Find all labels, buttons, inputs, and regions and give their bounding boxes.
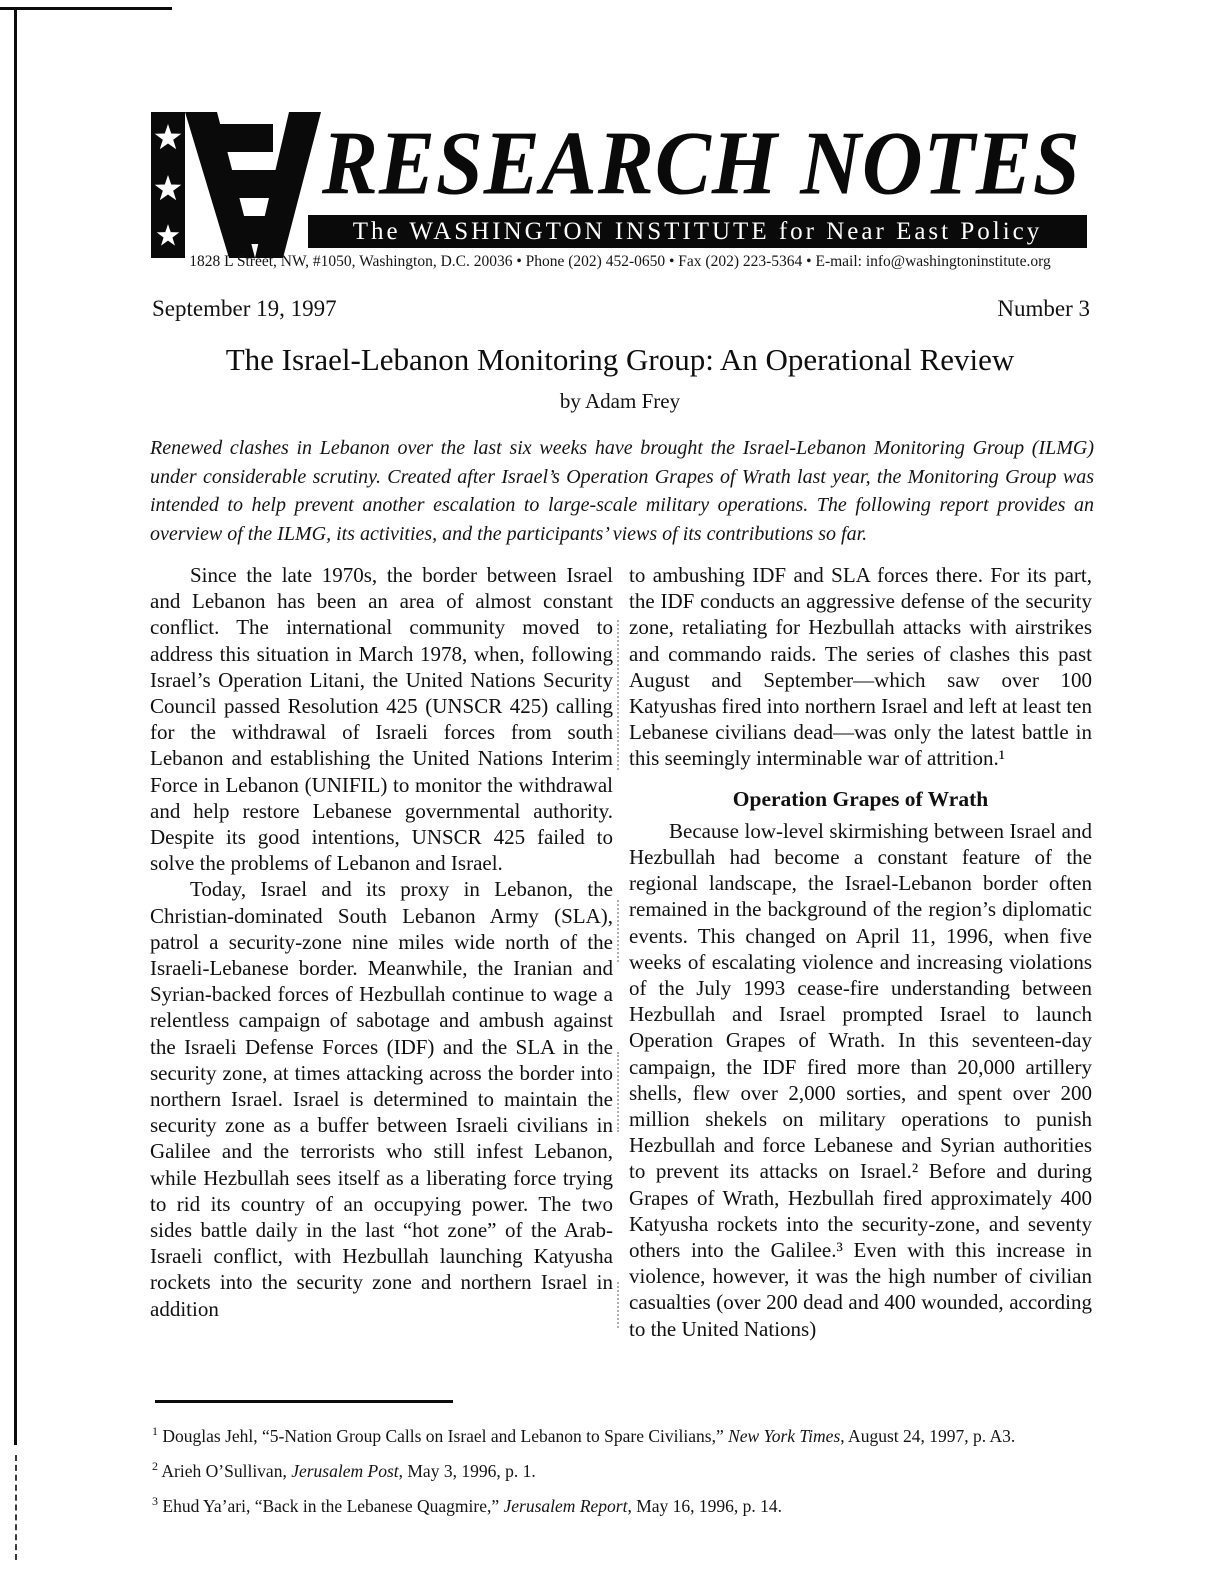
article-abstract: Renewed clashes in Lebanon over the last…	[150, 434, 1094, 548]
scan-gutter-dots	[617, 900, 619, 962]
scanned-document-page: RESEARCH NOTES The WASHINGTON INSTITUTE …	[0, 0, 1222, 1584]
article-byline: by Adam Frey	[110, 389, 1130, 414]
footnotes: 1 Douglas Jehl, “5-Nation Group Calls on…	[152, 1416, 1096, 1520]
footnote-source: Jerusalem Post	[291, 1461, 398, 1481]
footnote-text: Arieh O’Sullivan,	[161, 1461, 291, 1481]
issue-date: September 19, 1997	[152, 296, 337, 322]
footnote: 3 Ehud Ya’ari, “Back in the Lebanese Qua…	[152, 1486, 1096, 1521]
footnote-marker: 1	[152, 1424, 158, 1438]
institute-address-line: 1828 L Street, NW, #1050, Washington, D.…	[148, 253, 1092, 271]
scan-gutter-dots	[617, 1052, 619, 1132]
footnote-text: , May 16, 1996, p. 14.	[627, 1495, 782, 1515]
issue-number: Number 3	[997, 296, 1090, 322]
footnote-divider	[155, 1400, 453, 1403]
scan-gutter-dots	[617, 620, 619, 770]
winep-stars-stripes-logo-icon	[150, 112, 322, 263]
scan-edge-line-top	[0, 7, 172, 10]
newsletter-masthead-title: RESEARCH NOTES	[322, 108, 1094, 220]
footnote: 2 Arieh O’Sullivan, Jerusalem Post, May …	[152, 1451, 1096, 1486]
section-heading: Operation Grapes of Wrath	[629, 786, 1092, 812]
scan-edge-dashes-left	[15, 1455, 17, 1560]
footnote-marker: 2	[152, 1459, 158, 1473]
scan-edge-line-left	[14, 8, 17, 1445]
paragraph: to ambushing IDF and SLA forces there. F…	[629, 562, 1092, 772]
paragraph: Today, Israel and its proxy in Lebanon, …	[150, 876, 613, 1321]
footnote-text: Ehud Ya’ari, “Back in the Lebanese Quagm…	[162, 1495, 503, 1515]
scan-gutter-dots	[617, 1282, 619, 1328]
footnote: 1 Douglas Jehl, “5-Nation Group Calls on…	[152, 1416, 1096, 1451]
footnote-marker: 3	[152, 1494, 158, 1508]
footnote-text: Douglas Jehl, “5-Nation Group Calls on I…	[162, 1426, 728, 1446]
footnote-text: , August 24, 1997, p. A3.	[840, 1426, 1015, 1446]
footnote-source: Jerusalem Report	[504, 1495, 628, 1515]
footnote-source: New York Times	[728, 1426, 840, 1446]
body-column-right: to ambushing IDF and SLA forces there. F…	[629, 562, 1092, 1342]
footnote-text: , May 3, 1996, p. 1.	[399, 1461, 536, 1481]
paragraph: Because low-level skirmishing between Is…	[629, 818, 1092, 1342]
article-title: The Israel-Lebanon Monitoring Group: An …	[110, 342, 1130, 378]
institute-banner: The WASHINGTON INSTITUTE for Near East P…	[308, 215, 1087, 248]
paragraph: Since the late 1970s, the border between…	[150, 562, 613, 876]
body-column-left: Since the late 1970s, the border between…	[150, 562, 613, 1322]
